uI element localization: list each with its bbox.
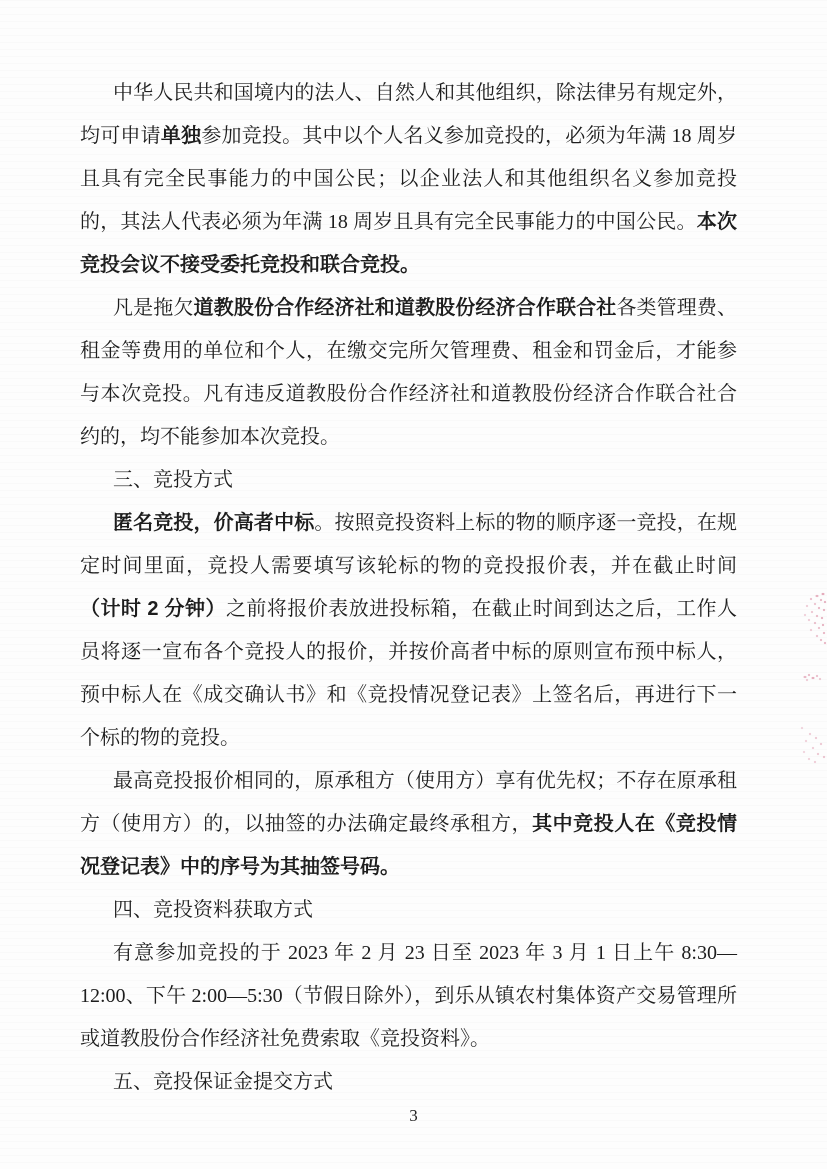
text-run: 四、竞投资料获取方式	[113, 899, 313, 921]
text-run: 之前将报价表放进投标箱，在截止时间到达之后，工作人员将逐一宣布各个竞投人的报价，…	[80, 598, 737, 749]
paragraph: 最高竞投报价相同的，原承租方（使用方）享有优先权；不存在原承租方（使用方）的，以…	[80, 760, 737, 889]
bold-text-run: 道教股份合作经济社和道教股份经济合作联合社	[194, 297, 617, 319]
section-heading: 三、竞投方式	[80, 459, 737, 502]
paragraph: 凡是拖欠道教股份合作经济社和道教股份经济合作联合社各类管理费、租金等费用的单位和…	[80, 287, 737, 459]
text-run: 各类管理费、租金等费用的单位和个人，在缴交完所欠管理费、租金和罚金后，才能参与本…	[80, 297, 737, 448]
bold-text-run: （计时 2 分钟）	[80, 598, 226, 620]
section-heading: 四、竞投资料获取方式	[80, 889, 737, 932]
text-run: 有意参加竞投的于 2023 年 2 月 23 日至 2023 年 3 月 1 日…	[80, 942, 737, 1050]
bold-text-run: 单独	[161, 125, 201, 147]
document-body: 中华人民共和国境内的法人、自然人和其他组织，除法律另有规定外，均可申请单独参加竞…	[80, 72, 737, 1104]
red-stamp-fragment	[796, 726, 827, 766]
page-number: 3	[0, 1106, 827, 1126]
paragraph: 匿名竞投，价高者中标。按照竞投资料上标的物的顺序逐一竞投，在规定时间里面，竞投人…	[80, 502, 737, 760]
red-stamp-fragment	[797, 590, 827, 648]
text-run: 五、竞投保证金提交方式	[113, 1071, 333, 1093]
text-run: 凡是拖欠	[113, 297, 194, 319]
document-page: 中华人民共和国境内的法人、自然人和其他组织，除法律另有规定外，均可申请单独参加竞…	[0, 0, 827, 1169]
bold-text-run: 匿名竞投，价高者中标	[113, 512, 314, 534]
text-run: 三、竞投方式	[113, 469, 233, 491]
paragraph: 中华人民共和国境内的法人、自然人和其他组织，除法律另有规定外，均可申请单独参加竞…	[80, 72, 737, 287]
red-stamp-fragment	[802, 671, 824, 684]
paragraph: 有意参加竞投的于 2023 年 2 月 23 日至 2023 年 3 月 1 日…	[80, 932, 737, 1061]
section-heading: 五、竞投保证金提交方式	[80, 1061, 737, 1104]
